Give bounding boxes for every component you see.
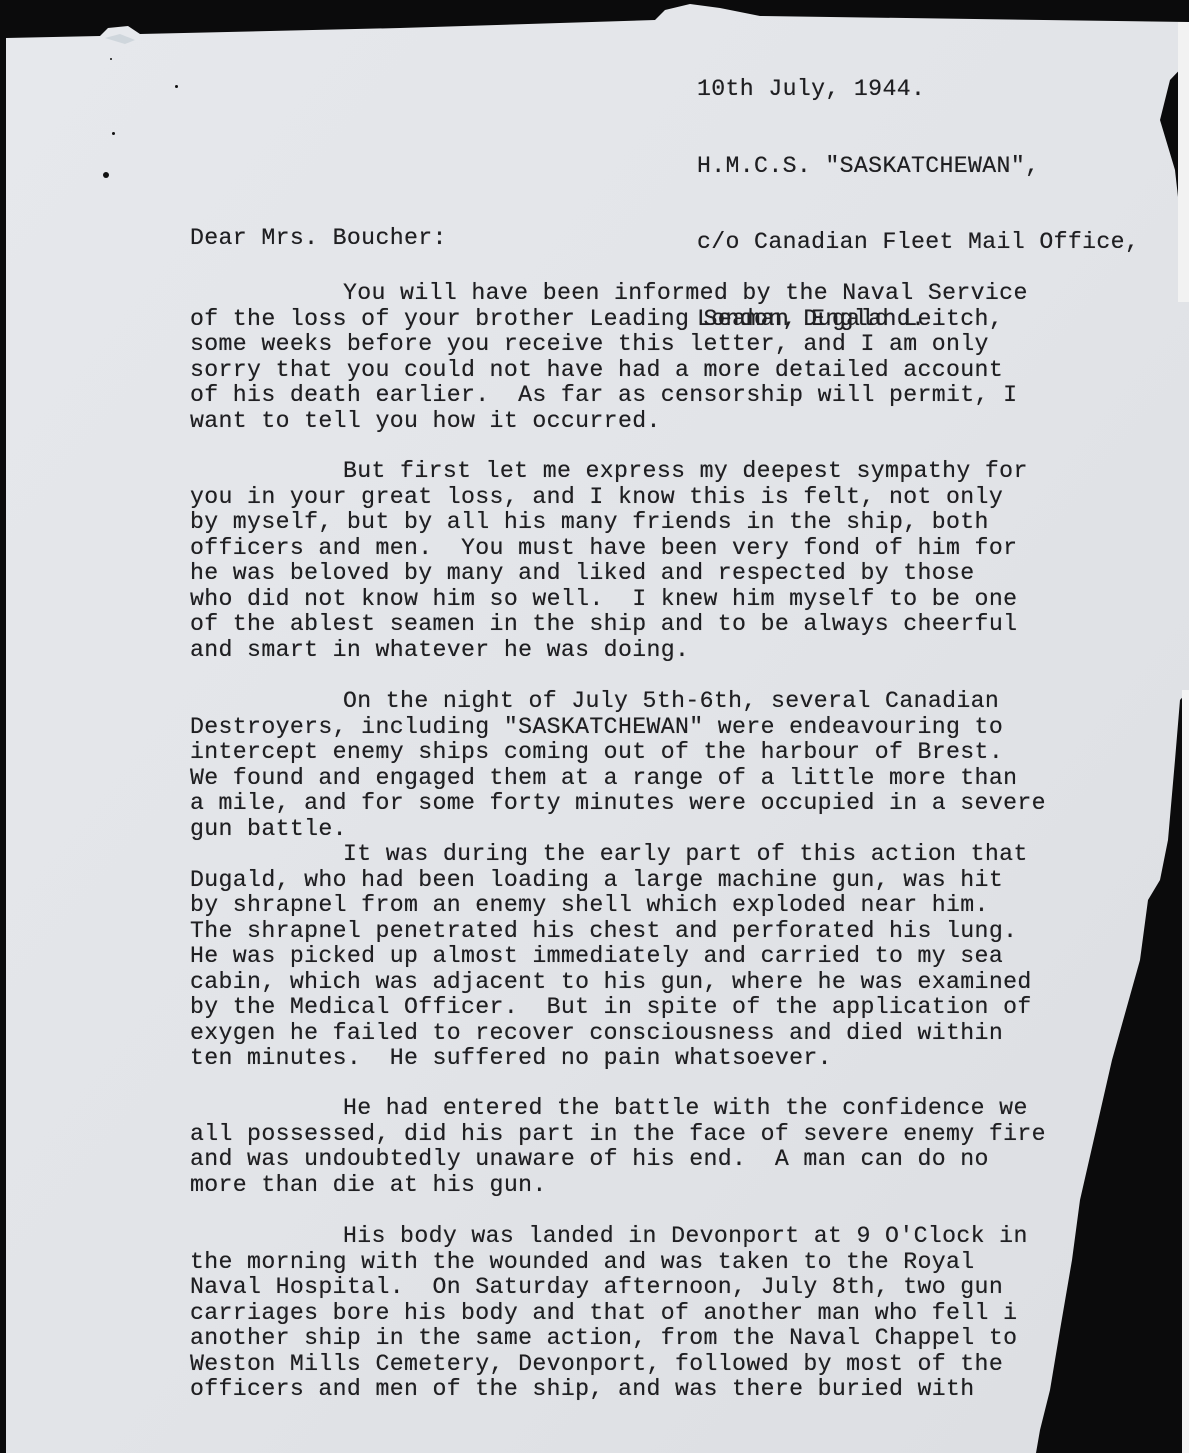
heading-date: 10th July, 1944.: [697, 77, 1139, 103]
paragraph-5: He had entered the battle with the confi…: [190, 1096, 1046, 1198]
paper-speck: [175, 85, 178, 88]
paragraph-6: His body was landed in Devonport at 9 O'…: [190, 1224, 1028, 1403]
text-line: want to tell you how it occurred.: [190, 409, 1028, 435]
text-line: It was during the early part of this act…: [190, 842, 1032, 868]
text-line: a mile, and for some forty minutes were …: [190, 791, 1046, 817]
text-line: carriages bore his body and that of anot…: [190, 1301, 1028, 1327]
text-line: cabin, which was adjacent to his gun, wh…: [190, 970, 1032, 996]
text-line: and smart in whatever he was doing.: [190, 638, 1028, 664]
heading-address: c/o Canadian Fleet Mail Office,: [697, 230, 1139, 256]
paper-speck: [103, 172, 109, 178]
text-line: officers and men of the ship, and was th…: [190, 1377, 1028, 1403]
text-line: of the loss of your brother Leading Seam…: [190, 307, 1028, 333]
text-line: Weston Mills Cemetery, Devonport, follow…: [190, 1352, 1028, 1378]
text-line: some weeks before you receive this lette…: [190, 332, 1028, 358]
text-line: His body was landed in Devonport at 9 O'…: [190, 1224, 1028, 1250]
salutation: Dear Mrs. Boucher:: [190, 226, 447, 252]
text-line: by the Medical Officer. But in spite of …: [190, 995, 1032, 1021]
paragraph-1: You will have been informed by the Naval…: [190, 281, 1028, 434]
paragraph-3: On the night of July 5th-6th, several Ca…: [190, 689, 1046, 842]
text-line: gun battle.: [190, 817, 1046, 843]
heading-ship: H.M.C.S. "SASKATCHEWAN",: [697, 154, 1139, 180]
text-line: You will have been informed by the Naval…: [190, 281, 1028, 307]
text-line: who did not know him so well. I knew him…: [190, 587, 1028, 613]
text-line: The shrapnel penetrated his chest and pe…: [190, 919, 1032, 945]
text-line: Dugald, who had been loading a large mac…: [190, 868, 1032, 894]
text-line: of the ablest seamen in the ship and to …: [190, 612, 1028, 638]
text-line: all possessed, did his part in the face …: [190, 1122, 1046, 1148]
paper-speck: [112, 132, 115, 135]
paper-speck: [110, 58, 112, 60]
text-line: He had entered the battle with the confi…: [190, 1096, 1046, 1122]
text-line: by myself, but by all his many friends i…: [190, 510, 1028, 536]
text-line: But first let me express my deepest symp…: [190, 459, 1028, 485]
text-line: more than die at his gun.: [190, 1173, 1046, 1199]
text-line: you in your great loss, and I know this …: [190, 485, 1028, 511]
text-line: and was undoubtedly unaware of his end. …: [190, 1147, 1046, 1173]
scanned-letter: 10th July, 1944. H.M.C.S. "SASKATCHEWAN"…: [0, 0, 1189, 1453]
paragraph-2: But first let me express my deepest symp…: [190, 459, 1028, 663]
paragraph-4: It was during the early part of this act…: [190, 842, 1032, 1072]
text-line: On the night of July 5th-6th, several Ca…: [190, 689, 1046, 715]
text-line: the morning with the wounded and was tak…: [190, 1250, 1028, 1276]
text-line: Naval Hospital. On Saturday afternoon, J…: [190, 1275, 1028, 1301]
text-line: exygen he failed to recover consciousnes…: [190, 1021, 1032, 1047]
text-line: He was picked up almost immediately and …: [190, 944, 1032, 970]
text-line: of his death earlier. As far as censorsh…: [190, 383, 1028, 409]
text-line: Destroyers, including "SASKATCHEWAN" wer…: [190, 715, 1046, 741]
text-line: We found and engaged them at a range of …: [190, 766, 1046, 792]
text-line: sorry that you could not have had a more…: [190, 358, 1028, 384]
text-line: by shrapnel from an enemy shell which ex…: [190, 893, 1032, 919]
text-line: ten minutes. He suffered no pain whatsoe…: [190, 1046, 1032, 1072]
text-line: he was beloved by many and liked and res…: [190, 561, 1028, 587]
text-line: intercept enemy ships coming out of the …: [190, 740, 1046, 766]
text-line: officers and men. You must have been ver…: [190, 536, 1028, 562]
text-line: another ship in the same action, from th…: [190, 1326, 1028, 1352]
